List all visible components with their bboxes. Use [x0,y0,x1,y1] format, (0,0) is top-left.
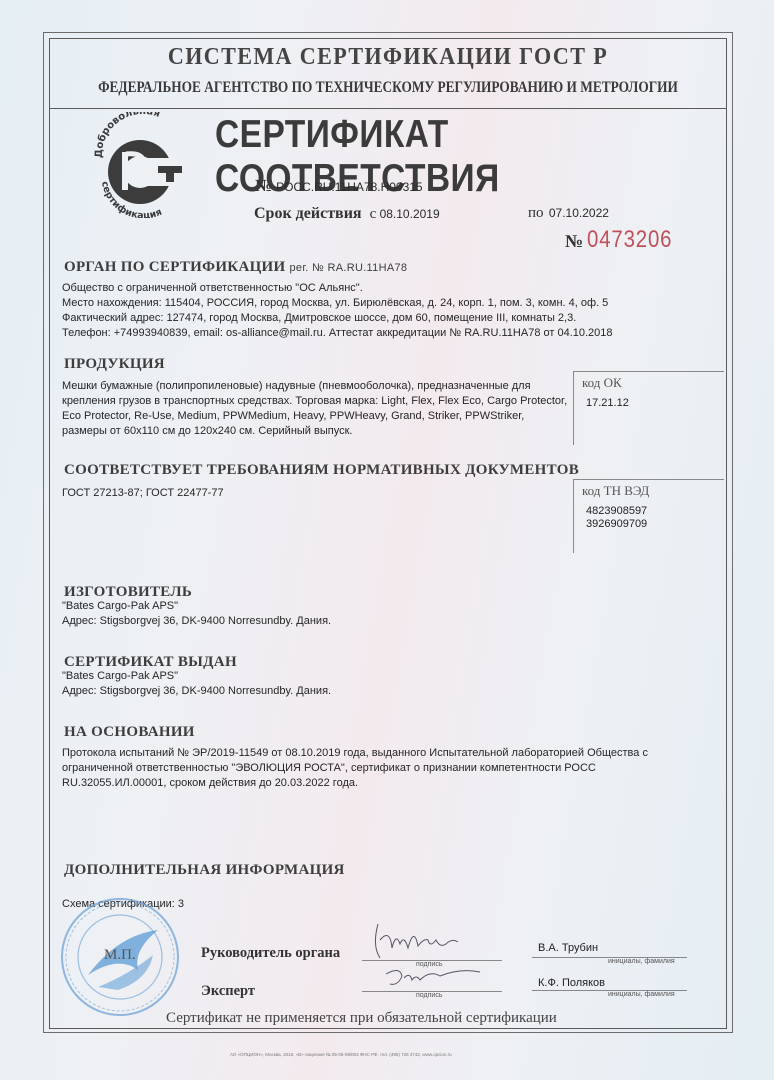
to-prefix: по [528,205,544,221]
ok-code-value: 17.21.12 [586,397,724,410]
basis-text: Протокола испытаний № ЭР/2019-11549 от 0… [62,746,672,791]
number-symbol: № [255,176,272,195]
product-heading: ПРОДУКЦИЯ [64,356,165,373]
validity-from: Срок действияс 08.10.2019 [254,205,440,223]
body-name: Общество с ограниченной ответственностью… [62,281,722,296]
product-description: Мешки бумажные (полипропиленовые) надувн… [62,379,572,439]
compliance-heading: СООТВЕТСТВУЕТ ТРЕБОВАНИЯМ НОРМАТИВНЫХ ДО… [64,462,579,479]
head-signature-icon [370,918,480,962]
certificate-number-value: POCC.RU.11HA78.H00315 [276,180,423,194]
valid-to-date: 07.10.2022 [549,206,609,220]
certification-body-heading: ОРГАН ПО СЕРТИФИКАЦИИрег. № RA.RU.11HA78 [64,259,407,276]
head-name-caption: инициалы, фамилия [608,958,675,965]
basis-heading: НА ОСНОВАНИИ [64,724,195,741]
tnved-code-box: код ТН ВЭД 4823908597 3926909709 [573,479,724,553]
from-prefix: с [370,206,377,222]
body-actual-address: Фактический адрес: 127474, город Москва,… [62,311,722,326]
printer-imprint: АО «ОПЦИОН», Москва, 2018, «В» лицензия … [230,1052,452,1057]
head-name: В.А. Трубин [538,942,598,954]
expert-name-caption: инициалы, фамилия [608,991,675,998]
serial-symbol: № [565,231,583,251]
expert-label: Эксперт [201,983,255,1000]
manufacturer-address: Адрес: Stigsborgvej 36, DK-9400 Norresun… [62,614,331,629]
issued-to-details: "Bates Cargo-Pak APS" Адрес: Stigsborgve… [62,669,331,699]
organization-seal-icon: М.П. [58,895,183,1020]
body-contacts: Телефон: +74993940839, email: os-allianc… [62,326,722,341]
stamp-label: М.П. [104,947,136,964]
voluntary-note: Сертификат не применяется при обязательн… [166,1010,557,1027]
tnved-code-label: код ТН ВЭД [582,483,724,499]
compliance-documents: ГОСТ 27213-87; ГОСТ 22477-77 [62,486,224,501]
expert-name: К.Ф. Поляков [538,977,605,989]
issued-to-name: "Bates Cargo-Pak APS" [62,669,331,684]
additional-info-heading: ДОПОЛНИТЕЛЬНАЯ ИНФОРМАЦИЯ [64,862,345,879]
certification-body-title: ОРГАН ПО СЕРТИФИКАЦИИ [64,259,286,275]
expert-signature-icon [380,962,490,994]
certification-body-details: Общество с ограниченной ответственностью… [62,281,722,341]
tnved-code: 3926909709 [586,518,724,531]
valid-from-date: 08.10.2019 [380,207,440,221]
rst-logo-icon: Добровольная сертификация [92,112,192,218]
issued-to-address: Адрес: Stigsborgvej 36, DK-9400 Norresun… [62,684,331,699]
ok-code-box: код ОК 17.21.12 [573,371,724,445]
validity-to: по 07.10.2022 [528,205,609,222]
manufacturer-name: "Bates Cargo-Pak APS" [62,599,331,614]
head-of-body-label: Руководитель органа [201,945,340,962]
certificate-number: №POCC.RU.11HA78.H00315 [255,176,423,196]
serial-number: №0473206 [565,226,688,254]
agency-title: ФЕДЕРАЛЬНОЕ АГЕНТСТВО ПО ТЕХНИЧЕСКОМУ РЕ… [96,79,679,97]
manufacturer-details: "Bates Cargo-Pak APS" Адрес: Stigsborgve… [62,599,331,629]
body-legal-address: Место нахождения: 115404, РОССИЯ, город … [62,296,722,311]
validity-label: Срок действия [254,205,362,222]
serial-number-value: 0473206 [587,226,672,254]
header-divider [49,108,727,109]
ok-code-label: код ОК [582,375,724,391]
system-title: СИСТЕМА СЕРТИФИКАЦИИ ГОСТ Р [76,44,700,71]
registration-number: рег. № RA.RU.11HA78 [290,262,408,274]
tnved-code: 4823908597 [586,505,724,518]
tnved-codes: 4823908597 3926909709 [586,505,724,531]
